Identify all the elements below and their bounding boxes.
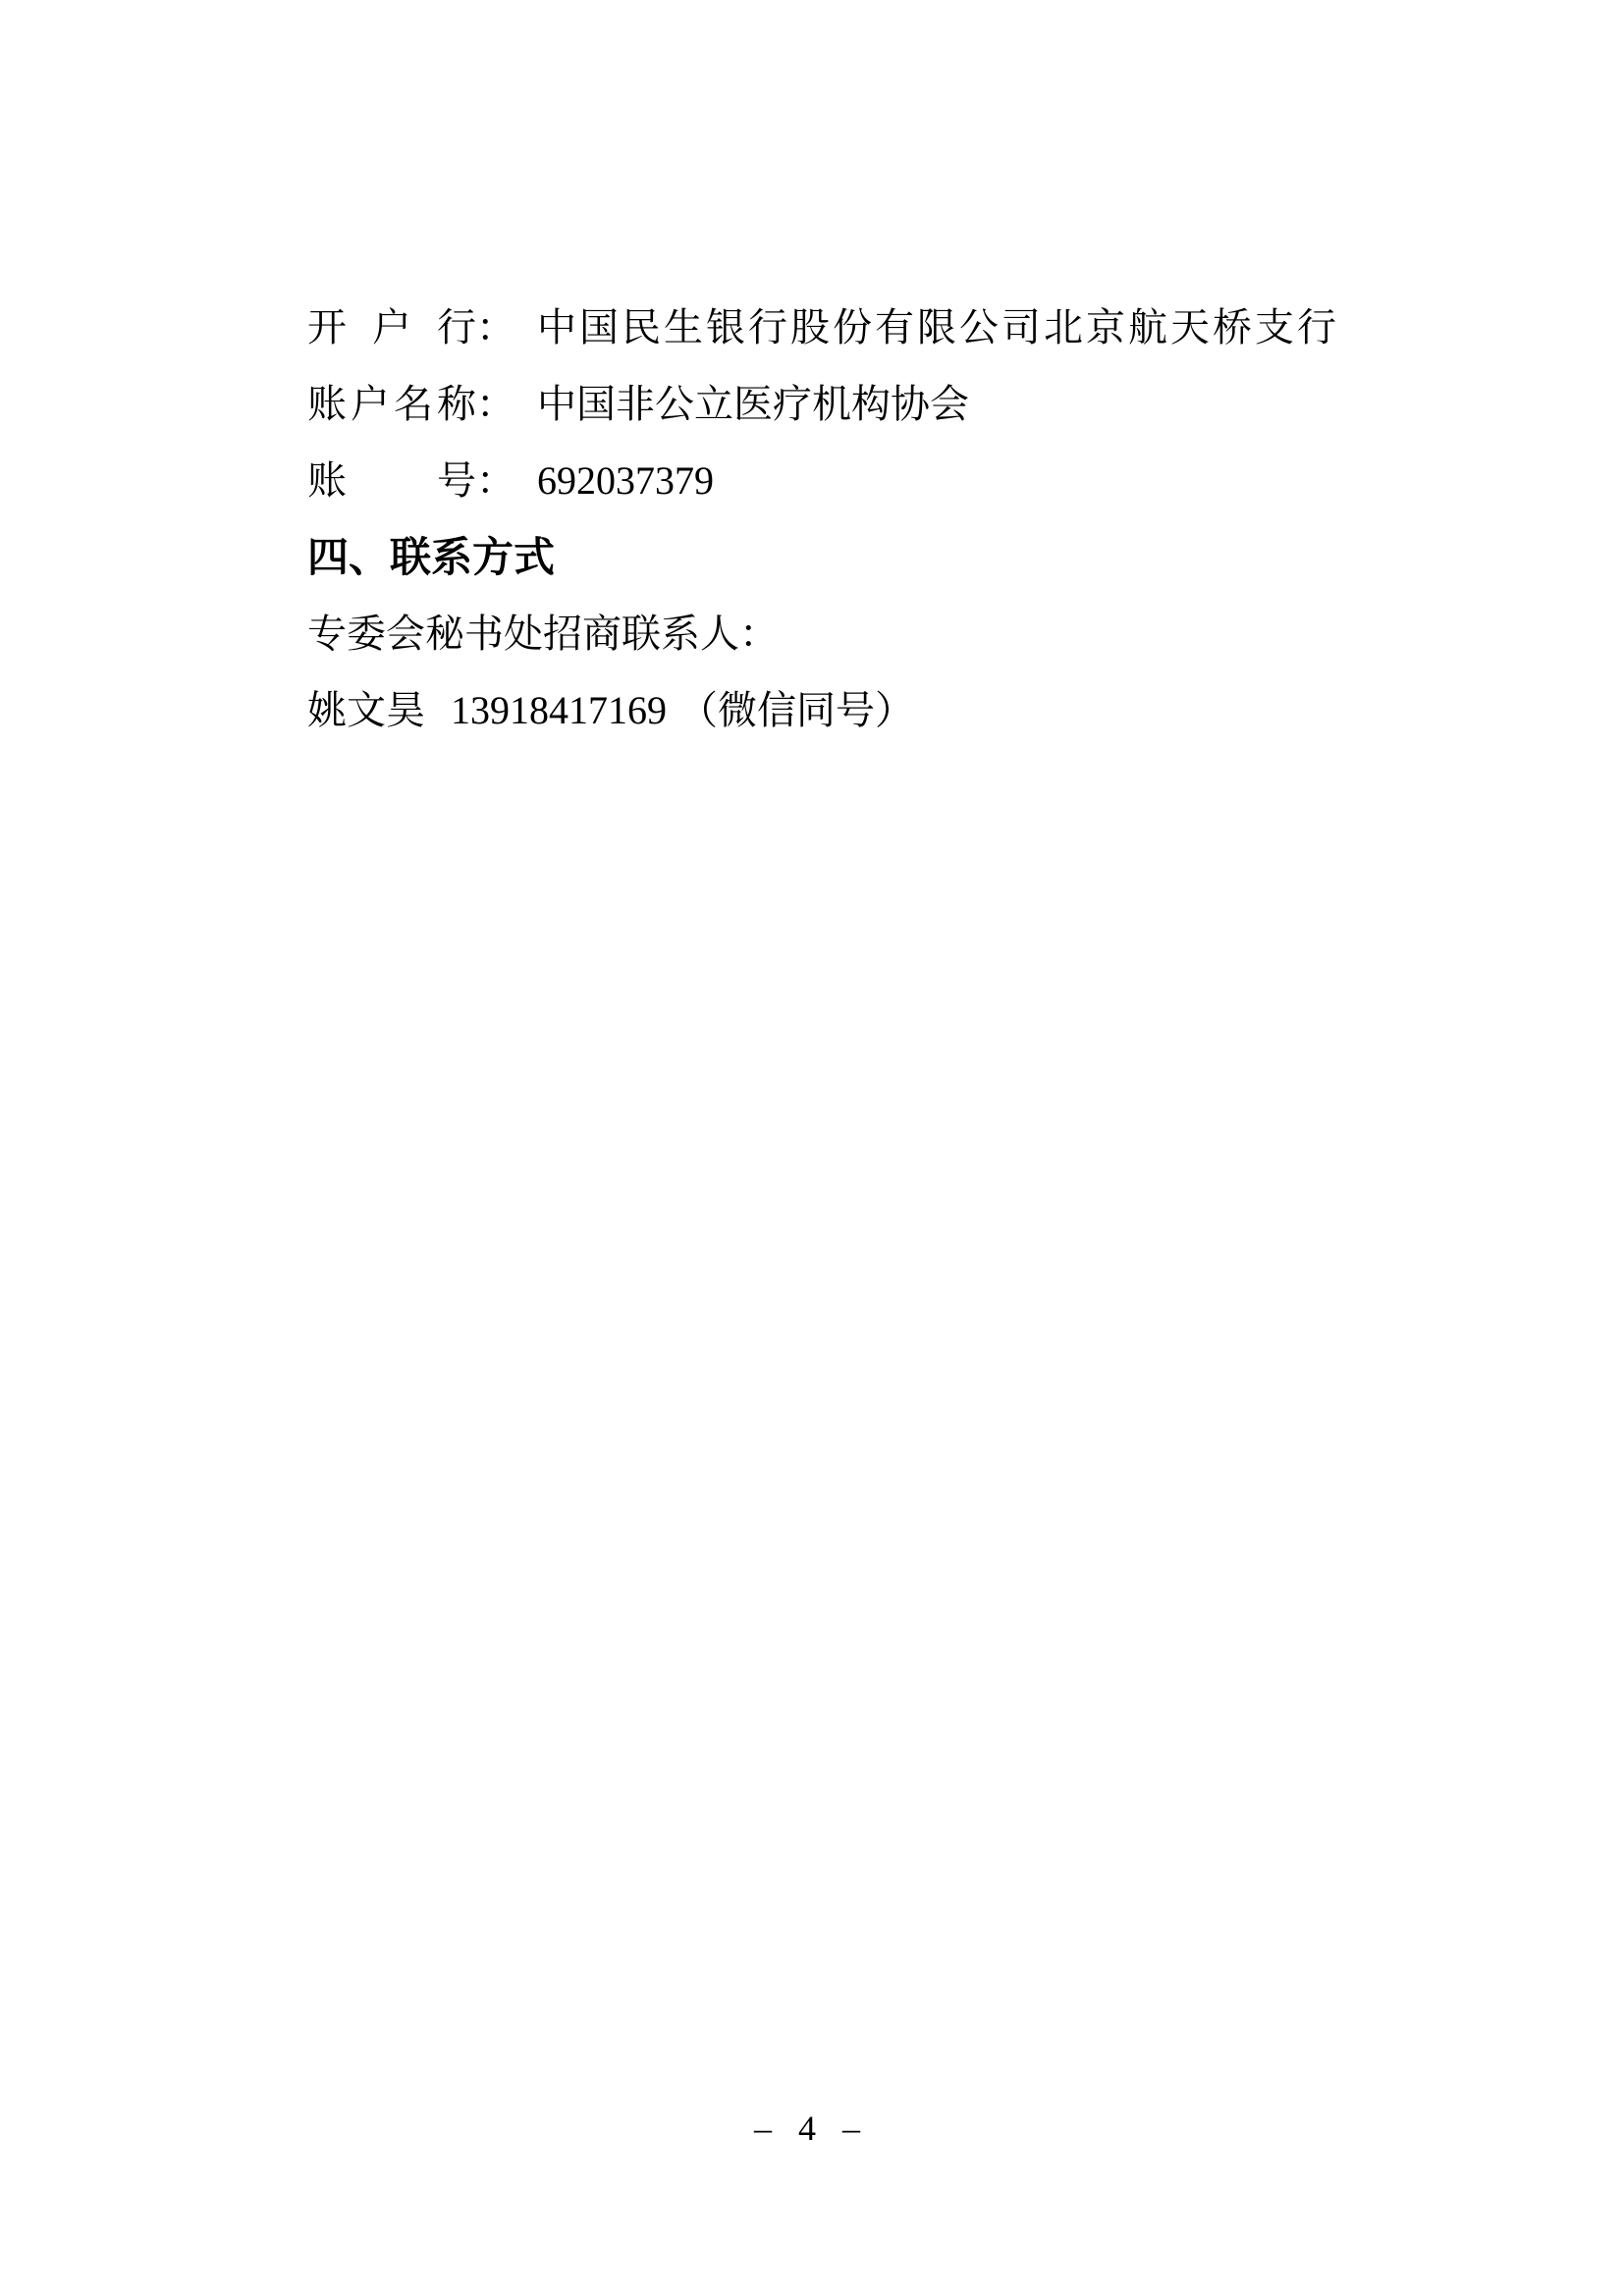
account-name-value: 中国非公立医疗机构协会 (537, 382, 969, 426)
bank-name-colon: ： (476, 290, 515, 366)
account-number-line: 账号：692037379 (307, 443, 1339, 519)
account-number-label: 账号 (307, 443, 476, 519)
account-number-value: 692037379 (537, 458, 714, 503)
document-page: 开户行：中国民生银行股份有限公司北京航天桥支行 账户名称：中国非公立医疗机构协会… (0, 0, 1623, 2296)
contact-name: 姚文昊 (307, 688, 425, 732)
contact-detail-line: 姚文昊13918417169（微信同号） (307, 672, 1339, 749)
bank-name-value: 中国民生银行股份有限公司北京航天桥支行 (537, 305, 1339, 349)
contact-intro-line: 专委会秘书处招商联系人： (307, 596, 1339, 672)
document-body: 开户行：中国民生银行股份有限公司北京航天桥支行 账户名称：中国非公立医疗机构协会… (307, 290, 1339, 749)
account-name-line: 账户名称：中国非公立医疗机构协会 (307, 366, 1339, 443)
account-number-colon: ： (476, 443, 515, 519)
section-heading-contact: 四、联系方式 (307, 519, 1339, 596)
account-name-label: 账户名称 (307, 366, 476, 443)
page-number: – 4 – (0, 2105, 1623, 2152)
contact-phone: 13918417169 (451, 688, 667, 732)
bank-name-label: 开户行 (307, 290, 476, 366)
contact-wechat-note: （微信同号） (678, 688, 914, 732)
bank-name-line: 开户行：中国民生银行股份有限公司北京航天桥支行 (307, 290, 1339, 366)
account-name-colon: ： (476, 366, 515, 443)
